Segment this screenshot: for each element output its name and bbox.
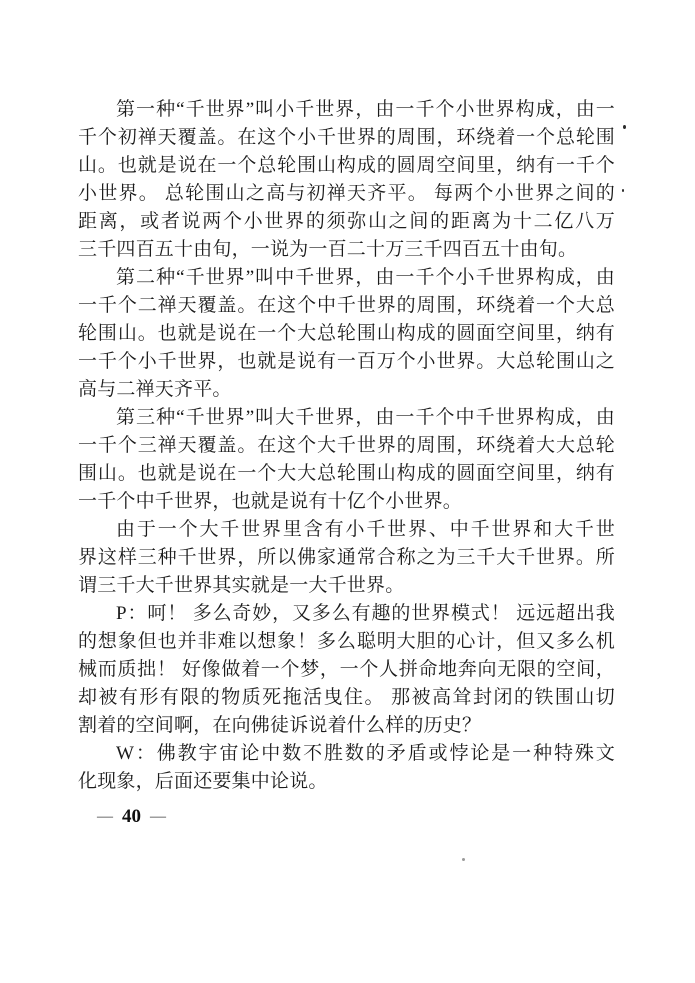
text-line: W：佛教宇宙论中数不胜数的矛盾或悖论是一种特殊文 (78, 740, 615, 768)
text-line: 围山。也就是说在一个大大总轮围山构成的圆面空间里，纳有 (78, 460, 615, 488)
text-line: 距离，或者说两个小世界的须弥山之间的距离为十二亿八万 (78, 208, 615, 236)
para-three-thousand-great-world: 由于一个大千世界里含有小千世界、中千世界和大千世界这样三种千世界，所以佛家通常合… (78, 516, 615, 600)
page-number-value: 40 (122, 804, 141, 830)
page-number-dash-right: — (150, 804, 166, 830)
text-line: 一千个三禅天覆盖。在这个大千世界的周围，环绕着大大总轮 (78, 432, 615, 460)
text-line: 高与二禅天齐平。 (78, 376, 615, 404)
page-number-dash-left: — (97, 804, 113, 830)
text-line: 轮围山。也就是说在一个大总轮围山构成的圆面空间里，纳有 (78, 320, 615, 348)
text-line: 割着的空间啊，在向佛徒诉说着什么样的历史？ (78, 712, 615, 740)
text-line: 化现象，后面还要集中论说。 (78, 768, 615, 796)
para-speaker-p: P：呵！ 多么奇妙，又多么有趣的世界模式！ 远远超出我们的想象但也并非难以想象！… (78, 600, 615, 740)
text-line: 小世界。 总轮围山之高与初禅天齐平。 每两个小世界之间的 (78, 180, 615, 208)
text-line: 却被有形有限的物质死拖活曳住。 那被高耸封闭的铁围山切 (78, 684, 615, 712)
text-line: 千个初禅天覆盖。在这个小千世界的周围，环绕着一个总轮围 (78, 124, 615, 152)
scan-speck (547, 106, 550, 109)
text-line: 第三种“千世界”叫大千世界，由一千个中千世界构成，由 (78, 404, 615, 432)
text-line: 第二种“千世界”叫中千世界，由一千个小千世界构成，由 (78, 264, 615, 292)
text-line: 由于一个大千世界里含有小千世界、中千世界和大千世 (78, 516, 615, 544)
text-line: 一千个中千世界，也就是说有十亿个小世界。 (78, 488, 615, 516)
text-line: 的想象但也并非难以想象！多么聪明大胆的心计，但又多么机 (78, 628, 615, 656)
text-line: 山。也就是说在一个总轮围山构成的圆周空间里，纳有一千个 (78, 152, 615, 180)
text-line: 谓三千大千世界其实就是一大千世界。 (78, 572, 615, 600)
para-speaker-w: W：佛教宇宙论中数不胜数的矛盾或悖论是一种特殊文化现象，后面还要集中论说。 (78, 740, 615, 796)
text-line: 界这样三种千世界，所以佛家通常合称之为三千大千世界。所 (78, 544, 615, 572)
book-page: 第一种“千世界”叫小千世界，由一千个小世界构成，由一千个初禅天覆盖。在这个小千世… (0, 0, 695, 983)
scan-speck (462, 858, 465, 861)
para-small-thousand-world: 第一种“千世界”叫小千世界，由一千个小世界构成，由一千个初禅天覆盖。在这个小千世… (78, 96, 615, 264)
text-line: P：呵！ 多么奇妙，又多么有趣的世界模式！ 远远超出我们 (78, 600, 615, 628)
scan-speck (623, 125, 626, 129)
text-line: 一千个小千世界，也就是说有一百万个小世界。大总轮围山之 (78, 348, 615, 376)
text-line: 第一种“千世界”叫小千世界，由一千个小世界构成，由一 (78, 96, 615, 124)
text-block: 第一种“千世界”叫小千世界，由一千个小世界构成，由一千个初禅天覆盖。在这个小千世… (78, 96, 615, 796)
text-line: 一千个二禅天覆盖。在这个中千世界的周围，环绕着一个大总 (78, 292, 615, 320)
text-line: 械而质拙！ 好像做着一个梦，一个人拼命地奔向无限的空间， (78, 656, 615, 684)
scan-speck (622, 189, 624, 192)
text-line: 三千四百五十由旬，一说为一百二十万三千四百五十由旬。 (78, 236, 615, 264)
para-middle-thousand-world: 第二种“千世界”叫中千世界，由一千个小千世界构成，由一千个二禅天覆盖。在这个中千… (78, 264, 615, 404)
page-number: — 40 — (97, 804, 166, 830)
para-great-thousand-world: 第三种“千世界”叫大千世界，由一千个中千世界构成，由一千个三禅天覆盖。在这个大千… (78, 404, 615, 516)
